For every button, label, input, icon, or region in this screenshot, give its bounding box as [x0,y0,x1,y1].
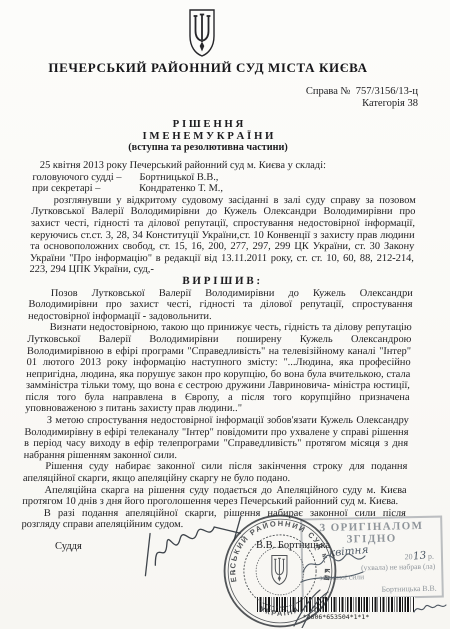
case-number-label: Справа № [306,86,351,97]
preamble-paragraph: розглянувши у відкритому судовому засіда… [29,195,416,276]
case-number-line: Справа № 757/3156/13-ц [306,86,418,98]
pen-strokes-over-barcode [286,588,338,628]
resolution-heading: В И Р І Ш И В : [29,276,413,288]
resolution-paragraph: Позов Лутковської Валерії Володимирівни … [28,288,413,323]
resolution-paragraph: З метою спростування недостовірної інфор… [24,415,409,461]
decision-title-block: Р І Ш Е Н Н Я І М Е Н Е М У К Р А Ї Н И … [0,119,416,154]
secretary-name: Кондратенко Т. М., [139,183,223,195]
court-composition-date-line: 25 квітня 2013 року Печерський районний … [33,160,417,172]
decision-subtitle: (вступна та резолютивна частини) [0,142,416,154]
in-name-of-ukraine-title: І М Е Н Е М У К Р А Ї Н И [0,131,416,143]
year-suffix: р. [428,552,434,561]
judge-signature-label: Суддя [55,541,82,552]
ukraine-trident-emblem-icon [186,8,218,58]
presiding-judge-name: Бортницької В.В., [139,172,218,184]
resolution-paragraph: Апеляційна скарга на рішення суду подаєт… [22,485,407,508]
presiding-judge-label: головуючого судді – [32,172,139,184]
case-number-value: 757/3156/13-ц [356,86,418,97]
presiding-judge-line: головуючого судді – Бортницької В.В., [32,172,416,184]
secretary-line: при секретарі – Кондратенко Т. М., [32,183,416,195]
court-name-heading: ПЕЧЕРСЬКИЙ РАЙОННИЙ СУД МІСТА КИЄВА [0,60,416,76]
secretary-label: при секретарі – [32,183,139,195]
case-info-block: Справа № 757/3156/13-ц Категорія 38 [306,86,418,110]
case-category: Категорія 38 [306,98,418,110]
decision-title: Р І Ш Е Н Н Я [0,119,416,131]
resolution-paragraph: Визнати недостовірною, такою що принижує… [25,322,412,415]
handwritten-initials-scrawl [412,598,448,620]
handwritten-date-scrawl [299,546,417,586]
resolution-paragraph: Рішення суду набирає законної сили після… [23,461,408,484]
decision-body-text: 25 квітня 2013 року Печерський районний … [21,160,417,531]
scanned-court-decision-page: ПЕЧЕРСЬКИЙ РАЙОННИЙ СУД МІСТА КИЄВА Спра… [0,0,450,629]
